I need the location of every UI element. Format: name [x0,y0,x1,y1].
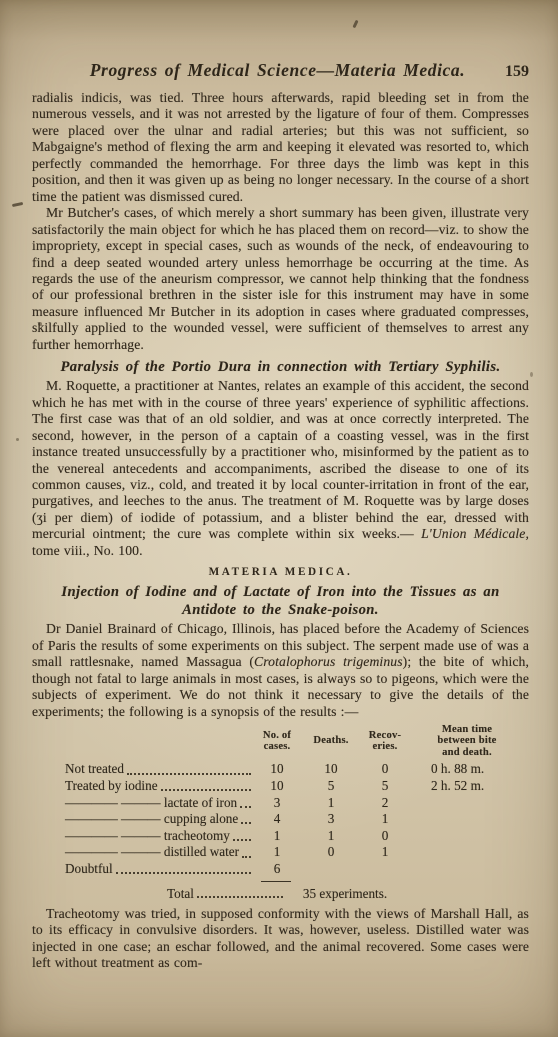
cell-deaths: 3 [301,811,361,828]
paper-speck [16,438,19,441]
dot-leader [116,861,251,874]
row-label: ———— ——— lactate of iron [65,795,237,812]
paragraph-butcher-cases: Mr Butcher's cases, of which merely a sh… [32,205,529,353]
cell-mean-time [409,795,525,812]
page-number: 159 [485,63,529,81]
column-header-cases: No. of cases. [253,730,301,753]
species-name: Crotalophorus trigeminus [254,654,403,669]
cell-deaths [301,861,361,878]
cell-recoveries: 1 [361,811,409,828]
row-label: ———— ——— distilled water [65,844,239,861]
book-page: Progress of Medical Science—Materia Medi… [0,0,558,1037]
cell-mean-time [409,844,525,861]
cell-recoveries: 5 [361,778,409,795]
heading-injection-iodine: Injection of Iodine and of Lactate of Ir… [32,583,529,619]
table-row: ———— ——— cupping alone 4 3 1 [65,811,529,828]
cell-recoveries: 0 [361,761,409,778]
paragraph-roquette-citation-tail: tome viii., No. 100. [32,543,143,558]
table-row: Doubtful 6 [65,861,529,878]
column-header-recoveries: Recov- eries. [361,730,409,753]
cell-cases: 1 [253,828,301,845]
dot-leader [241,811,251,824]
cell-cases: 4 [253,811,301,828]
dot-leader [161,778,251,791]
dot-leader [197,885,283,899]
page-content: Progress of Medical Science—Materia Medi… [32,60,529,971]
cell-deaths: 5 [301,778,361,795]
cell-mean-time: 2 h. 52 m. [409,778,525,795]
sum-rule [261,881,291,882]
cell-recoveries [361,861,409,878]
row-label: Not treated [65,761,124,778]
paragraph-brainard: Dr Daniel Brainard of Chicago, Illinois,… [32,621,529,720]
dot-leader [127,761,251,774]
running-title: Progress of Medical Science—Materia Medi… [32,60,485,81]
cell-cases: 6 [253,861,301,878]
cell-recoveries: 2 [361,795,409,812]
table-row: ———— ——— lactate of iron 3 1 2 [65,795,529,812]
dot-leader [233,828,251,841]
cell-cases: 10 [253,778,301,795]
table-row: ———— ——— tracheotomy 1 1 0 [65,828,529,845]
cell-cases: 10 [253,761,301,778]
cell-cases: 3 [253,795,301,812]
article-title-line2: Antidote to the Snake-poison. [182,602,379,618]
table-row: Treated by iodine 10 5 5 2 h. 52 m. [65,778,529,795]
cell-deaths: 10 [301,761,361,778]
paper-speck [12,202,23,207]
cell-mean-time [409,828,525,845]
journal-citation: L'Union Médicale, [421,526,529,541]
total-label: Total [167,885,194,902]
column-header-mean-time: Mean time between bite and death. [409,724,525,759]
column-header-deaths: Deaths. [301,735,361,747]
table-row: Not treated 10 10 0 0 h. 88 m. [65,761,529,778]
paper-speck [530,372,533,377]
row-label: ———— ——— cupping alone [65,811,238,828]
dot-leader [242,844,251,857]
cell-mean-time [409,811,525,828]
cell-recoveries: 1 [361,844,409,861]
paper-speck [352,20,358,29]
cell-mean-time [409,861,525,878]
cell-deaths: 1 [301,795,361,812]
cell-mean-time: 0 h. 88 m. [409,761,525,778]
paragraph-tracheotomy: Tracheotomy was tried, in supposed confo… [32,906,529,972]
cell-recoveries: 0 [361,828,409,845]
total-row: Total 35 experiments. [167,885,529,902]
cell-cases: 1 [253,844,301,861]
cell-deaths: 1 [301,828,361,845]
row-label: Doubtful [65,861,113,878]
heading-portio-dura: Paralysis of the Portio Dura in connecti… [32,358,529,376]
dot-leader [240,795,251,808]
results-table-header: No. of cases. Deaths. Recov- eries. Mean… [65,724,529,759]
paragraph-roquette-text: M. Roquette, a practitioner at Nantes, r… [32,378,529,541]
row-label: Treated by iodine [65,778,158,795]
paragraph-roquette: M. Roquette, a practitioner at Nantes, r… [32,378,529,559]
section-heading-materia-medica: MATERIA MEDICA. [32,566,529,578]
article-title-line1: Injection of Iodine and of Lactate of Ir… [61,584,499,600]
table-row: ———— ——— distilled water 1 0 1 [65,844,529,861]
total-value: 35 experiments. [285,885,387,902]
cell-deaths: 0 [301,844,361,861]
results-table: No. of cases. Deaths. Recov- eries. Mean… [65,724,529,902]
running-header: Progress of Medical Science—Materia Medi… [32,60,529,81]
row-label: ———— ——— tracheotomy [65,828,230,845]
paragraph-radialis: radialis indicis, was tied. Three hours … [32,90,529,205]
